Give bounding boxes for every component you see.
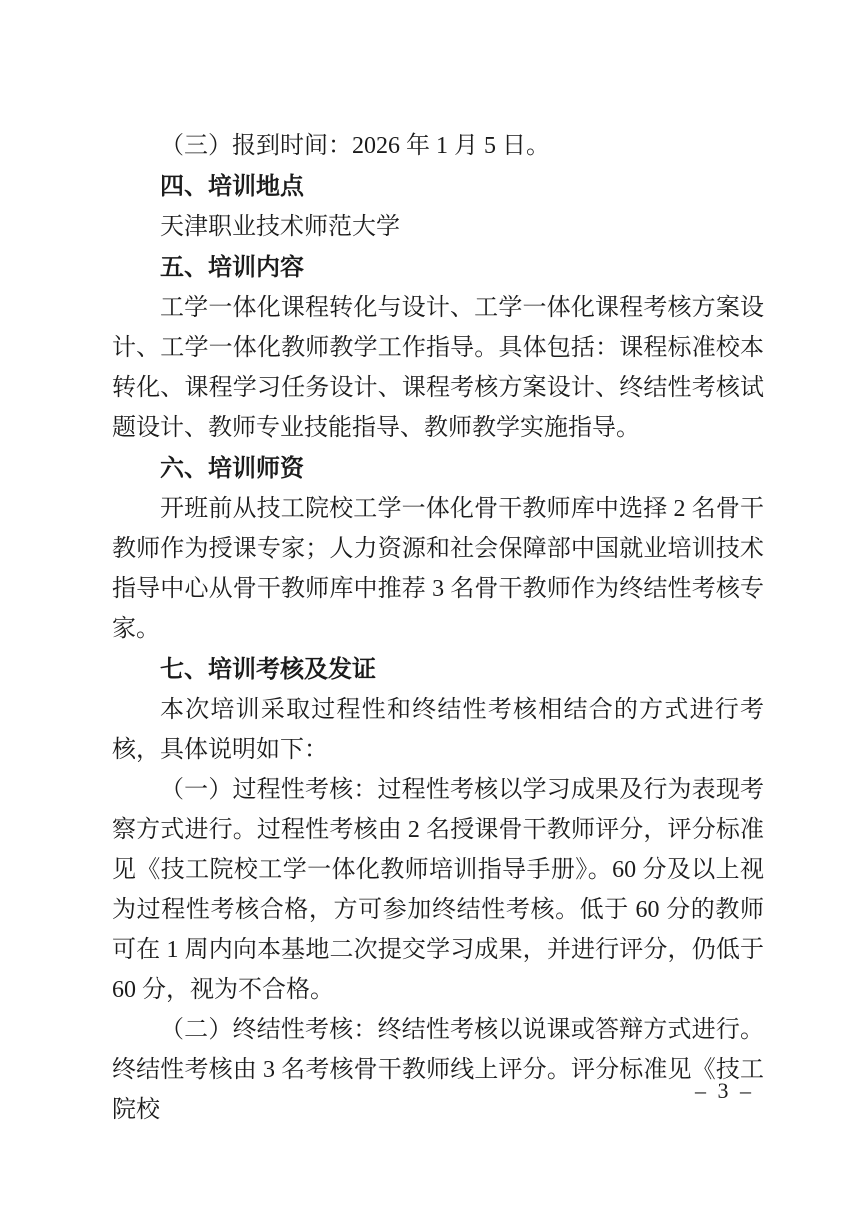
document-body: （三）报到时间：2026 年 1 月 5 日。四、培训地点天津职业技术师范大学五…	[112, 126, 764, 1130]
section-heading: 七、培训考核及发证	[112, 649, 764, 690]
paragraph: （二）终结性考核：终结性考核以说课或答辩方式进行。终结性考核由 3 名考核骨干教…	[112, 1010, 764, 1130]
section-heading: 六、培训师资	[112, 448, 764, 489]
section-heading: 五、培训内容	[112, 247, 764, 288]
paragraph: （三）报到时间：2026 年 1 月 5 日。	[112, 126, 764, 166]
document-page: （三）报到时间：2026 年 1 月 5 日。四、培训地点天津职业技术师范大学五…	[0, 0, 860, 1216]
paragraph: 天津职业技术师范大学	[112, 207, 764, 247]
paragraph: 本次培训采取过程性和终结性考核相结合的方式进行考核，具体说明如下：	[112, 690, 764, 770]
paragraph: 工学一体化课程转化与设计、工学一体化课程考核方案设计、工学一体化教师教学工作指导…	[112, 288, 764, 448]
section-heading: 四、培训地点	[112, 166, 764, 207]
paragraph: 开班前从技工院校工学一体化骨干教师库中选择 2 名骨干教师作为授课专家；人力资源…	[112, 489, 764, 649]
paragraph: （一）过程性考核：过程性考核以学习成果及行为表现考察方式进行。过程性考核由 2 …	[112, 770, 764, 1010]
page-number: – 3 –	[695, 1076, 754, 1106]
